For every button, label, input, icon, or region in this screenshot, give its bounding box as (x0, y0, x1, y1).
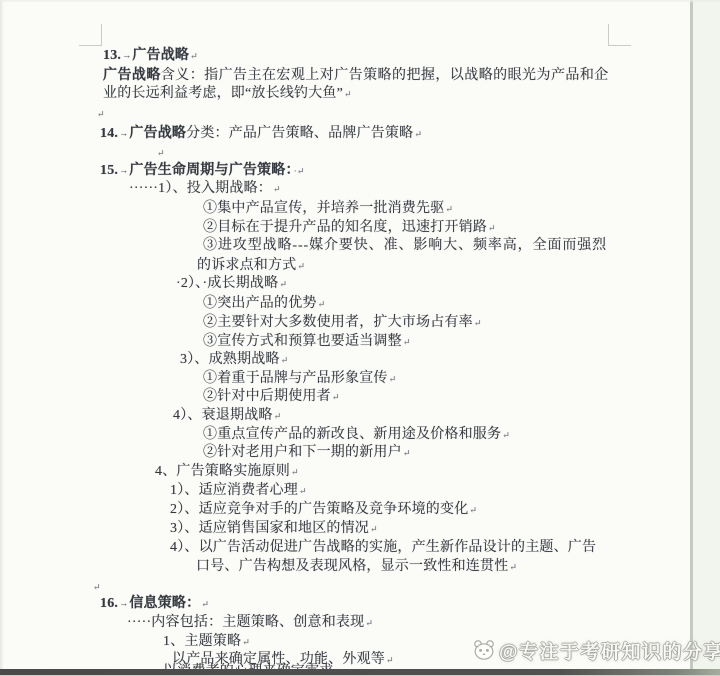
page-left-shadow (0, 0, 4, 676)
text-line: ③宣传方式和预算也要适当调整↵ (203, 332, 412, 352)
paragraph-mark: ↵ (96, 109, 106, 119)
margin-corner-mark-right (608, 24, 631, 46)
paragraph-mark: ↵ (473, 318, 483, 328)
paragraph-mark: ·↵ (293, 166, 306, 176)
paragraph-mark: ↵ (278, 279, 288, 289)
paragraph-mark: ↵ (156, 148, 166, 158)
text-line: 16.→信息策略：↵ (100, 594, 210, 614)
paragraph-mark: ↵ (508, 562, 518, 572)
paragraph-mark: ↵ (189, 51, 199, 61)
text-line: ······1）、投入期战略：↵ (129, 179, 282, 199)
tab-mark: → (118, 598, 129, 608)
paragraph-mark: ↵ (343, 89, 353, 99)
paragraph-mark: ↵ (402, 448, 412, 458)
text-line: 的诉求点和方式↵ (197, 256, 306, 276)
text-line: 15.→广告生命周期与广告策略：·↵ (100, 161, 306, 181)
paragraph-mark: ↵ (200, 599, 210, 609)
text-line: 2）、适应竞争对手的广告策略及竞争环境的变化↵ (170, 500, 478, 520)
text-line: ①集中产品宣传，并培养一批消费先驱↵ (203, 199, 454, 219)
scanned-document: 13.→广告战略↵广告战略含义：指广告主在宏观上对广告策略的把握，以战略的眼光为… (0, 0, 720, 676)
paragraph-mark: ↵ (273, 411, 283, 421)
text-line: 1、主题策略↵ (163, 632, 251, 652)
watermark-text: @专注于考研知识的分享 (499, 637, 720, 664)
text-line: 4）、以广告活动促进广告战略的实施，产生新作品设计的主题、广告 (170, 538, 596, 557)
text-line: 口号、广告构想及表现风格，显示一致性和连贯性↵ (196, 557, 518, 577)
paragraph-mark: ↵ (444, 204, 454, 214)
margin-corner-mark-left (79, 24, 102, 46)
text-line: 业的长远利益考虑，即“放长线钓大鱼”↵ (103, 84, 353, 104)
paragraph-mark: ↵ (317, 299, 327, 309)
tab-mark: → (118, 165, 129, 175)
paragraph-mark: ↵ (385, 655, 395, 665)
page-right-margin (693, 0, 720, 676)
text-line: ②针对中后期使用者↵ (203, 387, 341, 407)
text-line: ·2）、·成长期战略↵ (176, 274, 288, 294)
paragraph-mark: ↵ (369, 524, 379, 534)
text-line: ③进攻型战略---媒介要快、准、影响大、频率高，全面而强烈 (203, 236, 607, 255)
text-line: 3）、成熟期战略↵ (180, 350, 289, 370)
paragraph-mark: ↵ (468, 505, 478, 515)
paragraph-mark: ↵ (241, 637, 251, 647)
paragraph-mark: ↵ (487, 223, 497, 233)
paragraph-mark: ↵ (501, 430, 511, 440)
text-line: ①着重于品牌与产品形象宣传↵ (203, 369, 397, 389)
text-line: 14.→广告战略分类：产品广告策略、品牌广告策略↵ (100, 124, 423, 144)
text-line: ①突出产品的优势↵ (203, 294, 326, 314)
text-line: ①重点宣传产品的新改良、新用途及价格和服务↵ (203, 425, 511, 445)
text-line: 广告战略含义：指广告主在宏观上对广告策略的把握，以战略的眼光为产品和企 (103, 66, 609, 85)
paragraph-mark: ↵ (331, 392, 341, 402)
paragraph-mark: ↵ (280, 355, 290, 365)
page-top-shadow (0, 0, 720, 3)
watermark: @专注于考研知识的分享 (472, 636, 720, 664)
page-edge-line (690, 0, 693, 676)
text-line: ↵ (156, 143, 166, 163)
text-line: 13.→广告战略↵ (103, 46, 199, 66)
paragraph-mark: ↵ (402, 337, 412, 347)
text-line: ②针对老用户和下一期的新用户↵ (203, 443, 412, 463)
paragraph-mark: ↵ (364, 618, 374, 628)
text-line: ·····内容包括：主题策略、创意和表现↵ (127, 613, 374, 633)
panda-face-icon (472, 638, 496, 662)
paragraph-mark: ↵ (296, 261, 306, 271)
text-line: 4、广告策略实施原则↵ (155, 462, 300, 482)
text-line: 4）、衰退期战略↵ (173, 406, 282, 426)
paragraph-mark: ↵ (388, 374, 398, 384)
text-line: 3）、适应销售国家和地区的情况↵ (170, 519, 379, 539)
paragraph-mark: ↵ (298, 486, 308, 496)
text-line: 1）、适应消费者心理↵ (170, 481, 308, 501)
text-line: ②主要针对大多数使用者，扩大市场占有率↵ (203, 313, 483, 333)
paragraph-mark: ↵ (290, 467, 300, 477)
text-line: ②目标在于提升产品的知名度，迅速打开销路↵ (203, 218, 497, 238)
tab-mark: → (118, 128, 129, 138)
text-line: ↵ (96, 104, 106, 124)
paragraph-mark: ↵ (272, 184, 282, 194)
paragraph-mark: ↵ (413, 129, 423, 139)
paragraph-mark: ↵ (92, 582, 102, 592)
tab-mark: → (121, 50, 132, 60)
